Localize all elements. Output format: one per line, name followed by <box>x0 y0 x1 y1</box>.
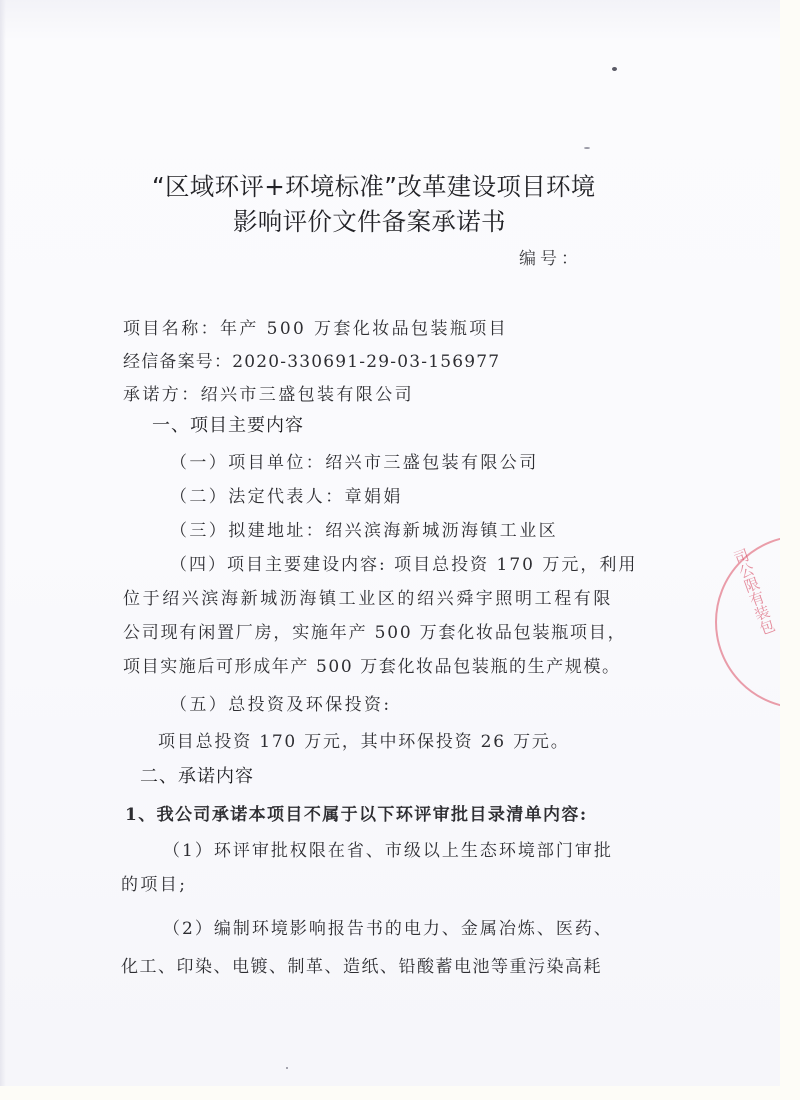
serial-number-label: 编号： <box>519 244 582 269</box>
section1-item: （五）总投资及环保投资: <box>170 690 392 715</box>
scan-speck <box>584 147 590 149</box>
section1-item: （三）拟建地址：绍兴滨海新城沥海镇工业区 <box>170 516 558 541</box>
document-title-line1: “区域环评+环境标准”改革建设项目环境 <box>152 168 596 203</box>
section2-line: （2）编制环境影响报告书的电力、金属冶炼、医药、 <box>163 914 613 939</box>
section1-item: （四）项目主要建设内容: 项目总投资 170 万元，利用 <box>170 550 637 575</box>
section2-line: （1）环评审批权限在省、市级以上生态环境部门审批 <box>163 836 613 861</box>
section1-item: （二）法定代表人：章娟娟 <box>170 482 403 507</box>
section1-item: 公司现有闲置厂房，实施年产 500 万套化妆品包装瓶项目， <box>123 618 626 643</box>
scan-speck <box>286 1067 288 1069</box>
section1-item: （一）项目单位：绍兴市三盛包装有限公司 <box>170 448 539 473</box>
document-title-line2: 影响评价文件备案承诺书 <box>233 203 506 238</box>
section2-clause1: 1、我公司承诺本项目不属于以下环评审批目录清单内容: <box>125 800 588 825</box>
section1-item: 位于绍兴滨海新城沥海镇工业区的绍兴舜宇照明工程有限 <box>123 584 613 609</box>
project-name: 项目名称：年产 500 万套化妆品包装瓶项目 <box>123 314 508 339</box>
filing-number: 经信备案号：2020-330691-29-03-156977 <box>123 347 500 372</box>
promisor: 承诺方：绍兴市三盛包装有限公司 <box>123 380 414 405</box>
section2-line: 化工、印染、电镀、制革、造纸、铅酸蓄电池等重污染高耗 <box>121 952 602 977</box>
section2-heading: 二、承诺内容 <box>140 762 254 788</box>
section1-heading: 一、项目主要内容 <box>152 411 304 437</box>
section2-line: 的项目; <box>121 870 187 895</box>
section1-item: 项目总投资 170 万元，其中环保投资 26 万元。 <box>158 727 570 752</box>
section1-item: 项目实施后可形成年产 500 万套化妆品包装瓶的生产规模。 <box>123 652 621 677</box>
scan-speck <box>612 67 617 71</box>
document-page: “区域环评+环境标准”改革建设项目环境 影响评价文件备案承诺书 编号： 项目名称… <box>0 0 780 1086</box>
